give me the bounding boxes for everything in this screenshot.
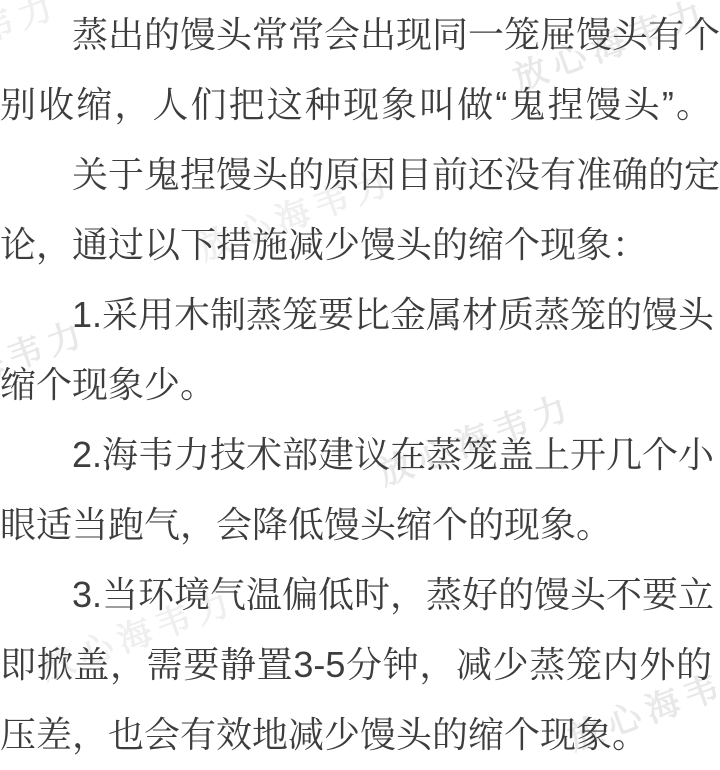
text-line: 1.采用木制蒸笼要比金属材质蒸笼的馒头 bbox=[0, 280, 720, 350]
text-line: 论，通过以下措施减少馒头的缩个现象： bbox=[0, 210, 720, 280]
article-text: 蒸出的馒头常常会出现同一笼屉馒头有个 别收缩，人们把这种现象叫做“鬼捏馒头”。 … bbox=[0, 0, 720, 770]
text-line: 2.海韦力技术部建议在蒸笼盖上开几个小 bbox=[0, 420, 720, 490]
text-line: 眼适当跑气，会降低馒头缩个的现象。 bbox=[0, 490, 720, 560]
text-line: 缩个现象少。 bbox=[0, 350, 720, 420]
text-line: 即掀盖，需要静置3-5分钟，减少蒸笼内外的 bbox=[0, 630, 720, 700]
text-line: 压差，也会有效地减少馒头的缩个现象。 bbox=[0, 700, 720, 770]
text-line: 3.当环境气温偏低时，蒸好的馒头不要立 bbox=[0, 560, 720, 630]
text-line: 别收缩，人们把这种现象叫做“鬼捏馒头”。 bbox=[0, 70, 720, 140]
text-line: 蒸出的馒头常常会出现同一笼屉馒头有个 bbox=[0, 0, 720, 70]
article-page: 放心海韦力 放心海韦力 放心海韦力 放心海韦力 放心海韦力 放心海韦力 放心海韦… bbox=[0, 0, 720, 770]
text-line: 关于鬼捏馒头的原因目前还没有准确的定 bbox=[0, 140, 720, 210]
